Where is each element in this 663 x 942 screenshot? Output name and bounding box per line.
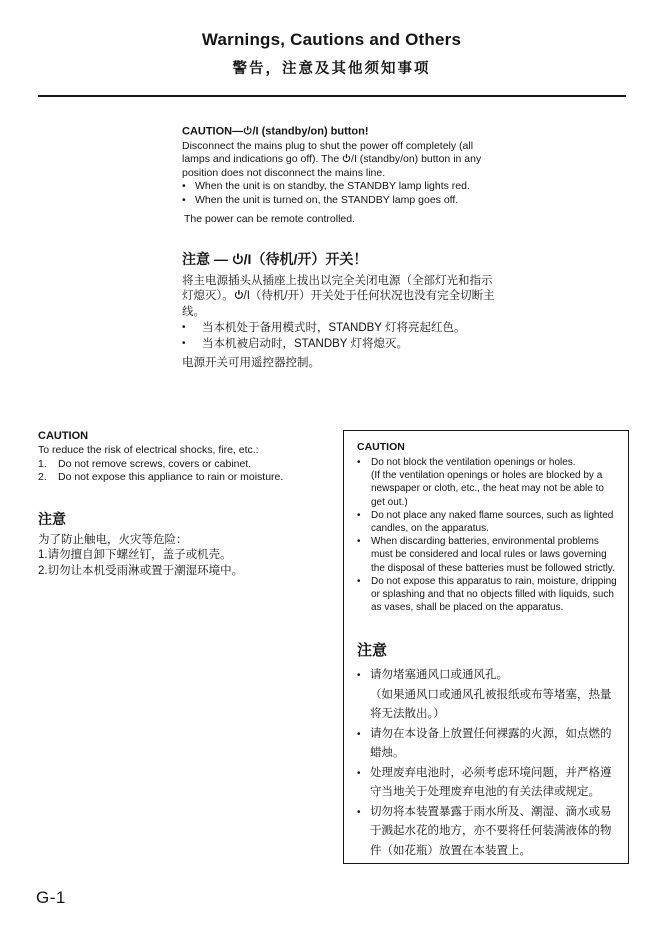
caution-left-english: CAUTION To reduce the risk of electrical… — [38, 430, 342, 485]
caution-box-bullet-zh: • 请勿堵塞通风口或通风孔。（如果通风口或通风孔被报纸或布等堵塞，热量将无法散出… — [357, 666, 618, 725]
standby-bullet-en-text: When the unit is turned on, the STANDBY … — [195, 194, 500, 208]
caution-box-bullet: • When discarding batteries, environment… — [357, 535, 618, 575]
caution-box-heading-en: CAUTION — [357, 441, 618, 453]
caution-box-bullet: • Do not place any naked flame sources, … — [357, 509, 618, 535]
standby-body-en: Disconnect the mains plug to shut the po… — [182, 140, 500, 181]
bullet-icon: • — [357, 666, 370, 725]
bullet-main: 请勿堵塞通风口或通风孔。 — [370, 669, 508, 681]
standby-bullet-en: • When the unit is on standby, the STAND… — [182, 180, 500, 194]
page-header: Warnings, Cautions and Others 警告，注意及其他须知… — [0, 30, 663, 78]
header-divider — [38, 95, 626, 97]
standby-heading-zh-pre: 注意 — — [182, 251, 232, 267]
caution-left-item-zh: 1.请勿擅自卸下螺丝钉，盖子或机壳。 — [38, 548, 342, 564]
page-title-chinese: 警告，注意及其他须知事项 — [0, 57, 663, 78]
bullet-icon: • — [357, 509, 371, 535]
standby-heading-zh-post: /I（待机/开）开关！ — [244, 251, 368, 267]
standby-power-icon — [342, 153, 351, 163]
bullet-icon: • — [357, 725, 370, 764]
bullet-text: 切勿将本装置暴露于雨水所及、潮湿、滴水或易于溅起水花的地方，亦不要将任何装满液体… — [370, 803, 618, 862]
item-number: 2. — [38, 471, 58, 485]
bullet-icon: • — [182, 320, 202, 336]
page-title-english: Warnings, Cautions and Others — [0, 30, 663, 50]
standby-power-icon — [232, 252, 244, 265]
bullet-icon: • — [182, 194, 195, 208]
caution-left-intro-zh: 为了防止触电，火灾等危险： — [38, 533, 342, 549]
bullet-main: Do not block the ventilation openings or… — [371, 457, 576, 468]
caution-box-bullet: • Do not expose this apparatus to rain, … — [357, 575, 618, 615]
standby-caution-english: CAUTION—/I (standby/on) button! Disconne… — [182, 125, 500, 227]
standby-bullet-zh: • 当本机被启动时，STANDBY 灯将熄灭。 — [182, 336, 500, 352]
caution-left-heading-zh: 注意 — [38, 509, 342, 529]
manual-page: Warnings, Cautions and Others 警告，注意及其他须知… — [0, 0, 663, 942]
item-number: 1. — [38, 458, 58, 472]
standby-heading-en-pre: CAUTION— — [182, 126, 243, 138]
caution-left-item: 1. Do not remove screws, covers or cabin… — [38, 458, 342, 472]
caution-box-chinese: 注意 • 请勿堵塞通风口或通风孔。（如果通风口或通风孔被报纸或布等堵塞，热量将无… — [357, 639, 618, 861]
caution-left-item-zh: 2.切勿让本机受雨淋或置于潮湿环境中。 — [38, 564, 342, 580]
bullet-icon: • — [182, 336, 202, 352]
bullet-icon: • — [357, 456, 371, 509]
page-number: G-1 — [36, 888, 66, 908]
caution-box: CAUTION • Do not block the ventilation o… — [343, 430, 629, 864]
standby-heading-zh: 注意 — /I（待机/开）开关！ — [182, 249, 500, 269]
caution-box-bullet-zh: • 切勿将本装置暴露于雨水所及、潮湿、滴水或易于溅起水花的地方，亦不要将任何装满… — [357, 803, 618, 862]
bullet-note: (If the ventilation openings or holes ar… — [371, 469, 618, 509]
bullet-text: Do not block the ventilation openings or… — [371, 456, 618, 509]
bullet-text: 请勿在本设备上放置任何裸露的火源，如点燃的蜡烛。 — [370, 725, 618, 764]
caution-box-english: CAUTION • Do not block the ventilation o… — [357, 441, 618, 614]
standby-bullet-en-text: When the unit is on standby, the STANDBY… — [195, 180, 500, 194]
standby-bullet-zh-text: 当本机处于备用模式时，STANDBY 灯将亮起红色。 — [202, 320, 500, 336]
caution-box-bullet: • Do not block the ventilation openings … — [357, 456, 618, 509]
bullet-icon: • — [357, 803, 370, 862]
standby-body-zh: 将主电源插头从插座上拔出以完全关闭电源（全部灯光和指示灯熄灭）。/I（待机/开）… — [182, 274, 500, 321]
standby-bullet-en: • When the unit is turned on, the STANDB… — [182, 194, 500, 208]
bullet-icon: • — [357, 575, 371, 615]
bullet-note: （如果通风口或通风孔被报纸或布等堵塞，热量将无法散出。） — [370, 686, 618, 725]
caution-left-heading-en: CAUTION — [38, 430, 342, 442]
caution-box-bullet-zh: • 请勿在本设备上放置任何裸露的火源，如点燃的蜡烛。 — [357, 725, 618, 764]
standby-section: CAUTION—/I (standby/on) button! Disconne… — [182, 125, 500, 371]
caution-box-heading-zh: 注意 — [357, 639, 618, 660]
standby-footer-zh: 电源开关可用遥控器控制。 — [182, 357, 500, 371]
item-text: Do not remove screws, covers or cabinet. — [58, 458, 251, 472]
standby-caution-chinese: 注意 — /I（待机/开）开关！ 将主电源插头从插座上拔出以完全关闭电源（全部灯… — [182, 249, 500, 371]
standby-footer-en: The power can be remote controlled. — [182, 213, 500, 227]
bullet-text: 处理废弃电池时，必须考虑环境问题，并严格遵守当地关于处理废弃电池的有关法律或规定… — [370, 764, 618, 803]
caution-left-item: 2. Do not expose this appliance to rain … — [38, 471, 342, 485]
caution-left-chinese: 注意 为了防止触电，火灾等危险： 1.请勿擅自卸下螺丝钉，盖子或机壳。 2.切勿… — [38, 509, 342, 580]
item-text: Do not expose this appliance to rain or … — [58, 471, 283, 485]
bullet-text: 请勿堵塞通风口或通风孔。（如果通风口或通风孔被报纸或布等堵塞，热量将无法散出。） — [370, 666, 618, 725]
bullet-text: Do not place any naked flame sources, su… — [371, 509, 618, 535]
bullet-icon: • — [357, 764, 370, 803]
bullet-icon: • — [182, 180, 195, 194]
standby-bullet-zh-text: 当本机被启动时，STANDBY 灯将熄灭。 — [202, 336, 500, 352]
standby-bullet-zh: • 当本机处于备用模式时，STANDBY 灯将亮起红色。 — [182, 320, 500, 336]
caution-left-column: CAUTION To reduce the risk of electrical… — [38, 430, 342, 579]
standby-heading-en: CAUTION—/I (standby/on) button! — [182, 125, 500, 138]
bullet-text: When discarding batteries, environmental… — [371, 535, 618, 575]
bullet-icon: • — [357, 535, 371, 575]
standby-power-icon — [234, 289, 244, 300]
bullet-text: Do not expose this apparatus to rain, mo… — [371, 575, 618, 615]
standby-heading-en-post: /I (standby/on) button! — [252, 126, 368, 138]
caution-box-bullet-zh: • 处理废弃电池时，必须考虑环境问题，并严格遵守当地关于处理废弃电池的有关法律或… — [357, 764, 618, 803]
caution-left-intro-en: To reduce the risk of electrical shocks,… — [38, 444, 342, 458]
